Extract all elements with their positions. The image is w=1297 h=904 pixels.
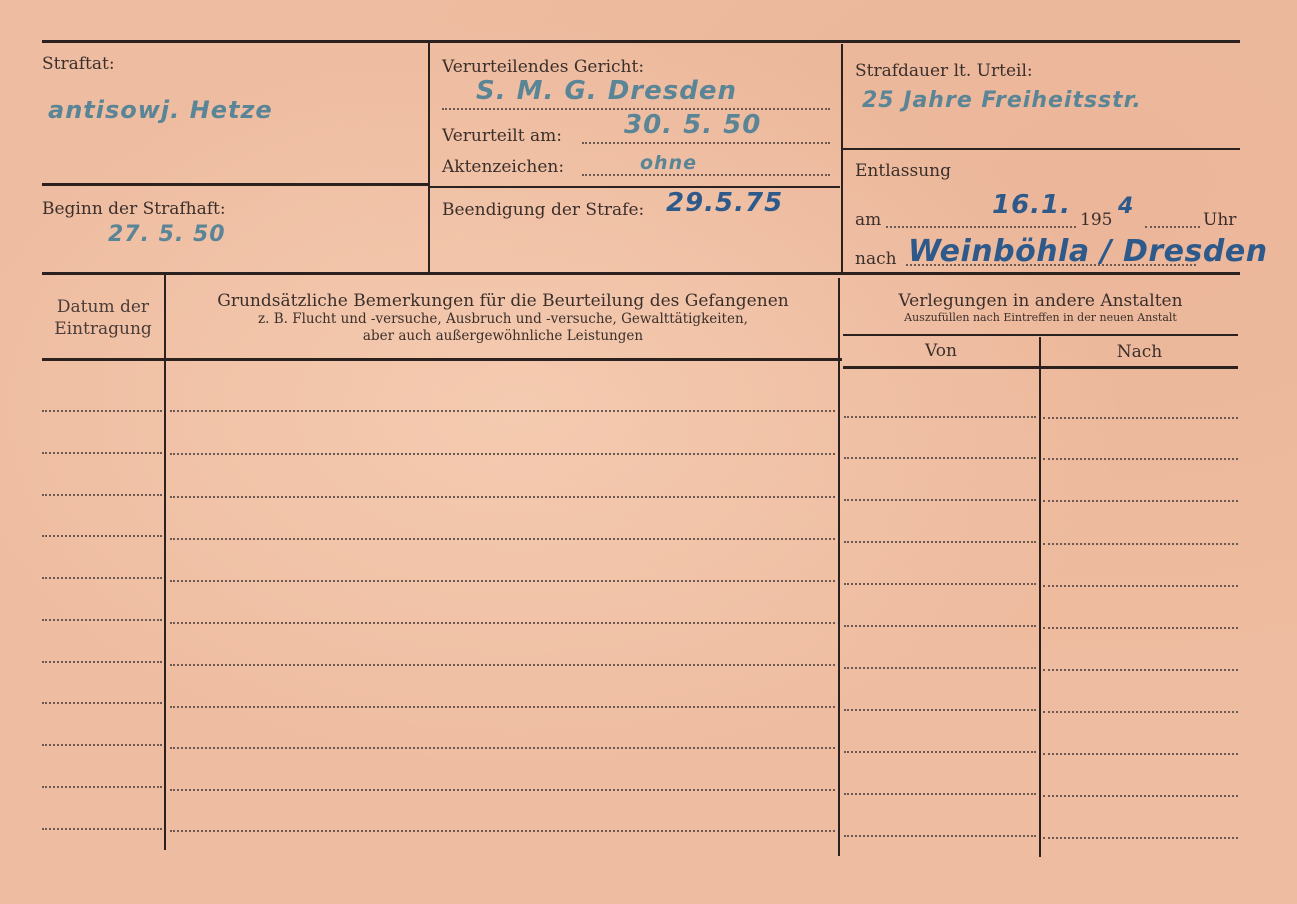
row-dotted-line: [844, 751, 1036, 753]
top-section-bottom-border: [42, 272, 1240, 275]
verurteilt-am-value: 30. 5. 50: [624, 110, 761, 140]
row-dotted-line: [42, 828, 162, 830]
row-dotted-line: [1043, 543, 1238, 545]
row-dotted-line: [1043, 669, 1238, 671]
strafdauer-value: 25 Jahre Freiheitsstr.: [862, 88, 1142, 113]
row-dotted-line: [1043, 837, 1238, 839]
verurteilt-am-dotted-line: [582, 142, 830, 144]
row-dotted-line: [844, 583, 1036, 585]
datum-header-line2: Eintragung: [42, 318, 164, 340]
entlassung-year-suffix: 4: [1118, 194, 1134, 219]
right-divider-entlassung: [843, 148, 1240, 150]
row-dotted-line: [170, 830, 835, 832]
row-dotted-line: [170, 410, 835, 412]
row-dotted-line: [42, 619, 162, 621]
top-col-divider-1: [428, 42, 430, 272]
row-dotted-line: [844, 835, 1036, 837]
top-border: [42, 40, 1240, 43]
row-dotted-line: [1043, 795, 1238, 797]
verlegungen-subheader-line: [843, 334, 1238, 336]
entlassung-label: Entlassung: [855, 161, 951, 181]
row-dotted-line: [42, 786, 162, 788]
row-dotted-line: [42, 535, 162, 537]
row-dotted-line: [42, 410, 162, 412]
aktenzeichen-label: Aktenzeichen:: [442, 157, 564, 177]
entlassung-uhr-label: Uhr: [1203, 210, 1236, 230]
entlassung-year-prefix: 195: [1080, 210, 1112, 230]
verlegungen-header: Verlegungen in andere Anstalten Auszufül…: [843, 291, 1238, 324]
row-dotted-line: [170, 453, 835, 455]
row-dotted-line: [42, 744, 162, 746]
table-col-divider-datum: [164, 275, 166, 850]
row-dotted-line: [170, 664, 835, 666]
row-dotted-line: [42, 577, 162, 579]
verurteilt-am-label: Verurteilt am:: [442, 126, 562, 146]
row-dotted-line: [1043, 627, 1238, 629]
aktenzeichen-value: ohne: [640, 152, 697, 174]
row-dotted-line: [844, 541, 1036, 543]
top-left-divider: [42, 183, 430, 186]
von-header: Von: [843, 341, 1039, 361]
row-dotted-line: [844, 793, 1036, 795]
straftat-value: antisowj. Hetze: [48, 96, 273, 124]
beendigung-value: 29.5.75: [666, 188, 783, 218]
row-dotted-line: [1043, 500, 1238, 502]
entlassung-uhr-dotted-line: [1145, 226, 1200, 228]
row-dotted-line: [1043, 711, 1238, 713]
row-dotted-line: [42, 702, 162, 704]
beginn-value: 27. 5. 50: [108, 222, 226, 247]
row-dotted-line: [42, 661, 162, 663]
row-dotted-line: [1043, 585, 1238, 587]
beendigung-label: Beendigung der Strafe:: [442, 200, 644, 220]
row-dotted-line: [170, 538, 835, 540]
table-col-divider-bemerkungen: [838, 278, 840, 856]
beginn-label: Beginn der Strafhaft:: [42, 199, 226, 219]
row-dotted-line: [170, 706, 835, 708]
row-dotted-line: [170, 496, 835, 498]
row-dotted-line: [170, 747, 835, 749]
aktenzeichen-dotted-line: [582, 174, 830, 176]
entlassung-nach-value: Weinböhla / Dresden: [908, 234, 1268, 269]
row-dotted-line: [170, 580, 835, 582]
gericht-value: S. M. G. Dresden: [476, 76, 737, 106]
row-dotted-line: [42, 494, 162, 496]
row-dotted-line: [42, 452, 162, 454]
row-dotted-line: [1043, 458, 1238, 460]
datum-header: Datum der Eintragung: [42, 296, 164, 340]
gericht-label: Verurteilendes Gericht:: [442, 57, 644, 77]
table-header-bottom-border: [42, 358, 842, 361]
top-col-divider-2: [841, 44, 843, 274]
entlassung-date-value: 16.1.: [992, 190, 1071, 220]
strafdauer-label: Strafdauer lt. Urteil:: [855, 61, 1033, 81]
datum-header-line1: Datum der: [42, 296, 164, 318]
row-dotted-line: [844, 709, 1036, 711]
verlegungen-title: Verlegungen in andere Anstalten: [843, 291, 1238, 311]
row-dotted-line: [170, 622, 835, 624]
entlassung-nach-label: nach: [855, 249, 897, 269]
entlassung-am-dotted-line: [886, 226, 1076, 228]
row-dotted-line: [1043, 753, 1238, 755]
row-dotted-line: [844, 416, 1036, 418]
verlegungen-subtitle: Auszufüllen nach Eintreffen in der neuen…: [843, 311, 1238, 324]
bemerkungen-title: Grundsätzliche Bemerkungen für die Beurt…: [168, 291, 838, 311]
row-dotted-line: [1043, 417, 1238, 419]
bemerkungen-sub1: z. B. Flucht und -versuche, Ausbruch und…: [168, 311, 838, 328]
table-col-divider-von-nach: [1039, 337, 1041, 857]
entlassung-am-label: am: [855, 210, 881, 230]
row-dotted-line: [170, 789, 835, 791]
row-dotted-line: [844, 499, 1036, 501]
row-dotted-line: [844, 667, 1036, 669]
straftat-label: Straftat:: [42, 54, 115, 74]
bemerkungen-header: Grundsätzliche Bemerkungen für die Beurt…: [168, 291, 838, 345]
row-dotted-line: [844, 457, 1036, 459]
nach-header: Nach: [1041, 342, 1238, 362]
row-dotted-line: [844, 625, 1036, 627]
bemerkungen-sub2: aber auch außergewöhnliche Leistungen: [168, 328, 838, 345]
